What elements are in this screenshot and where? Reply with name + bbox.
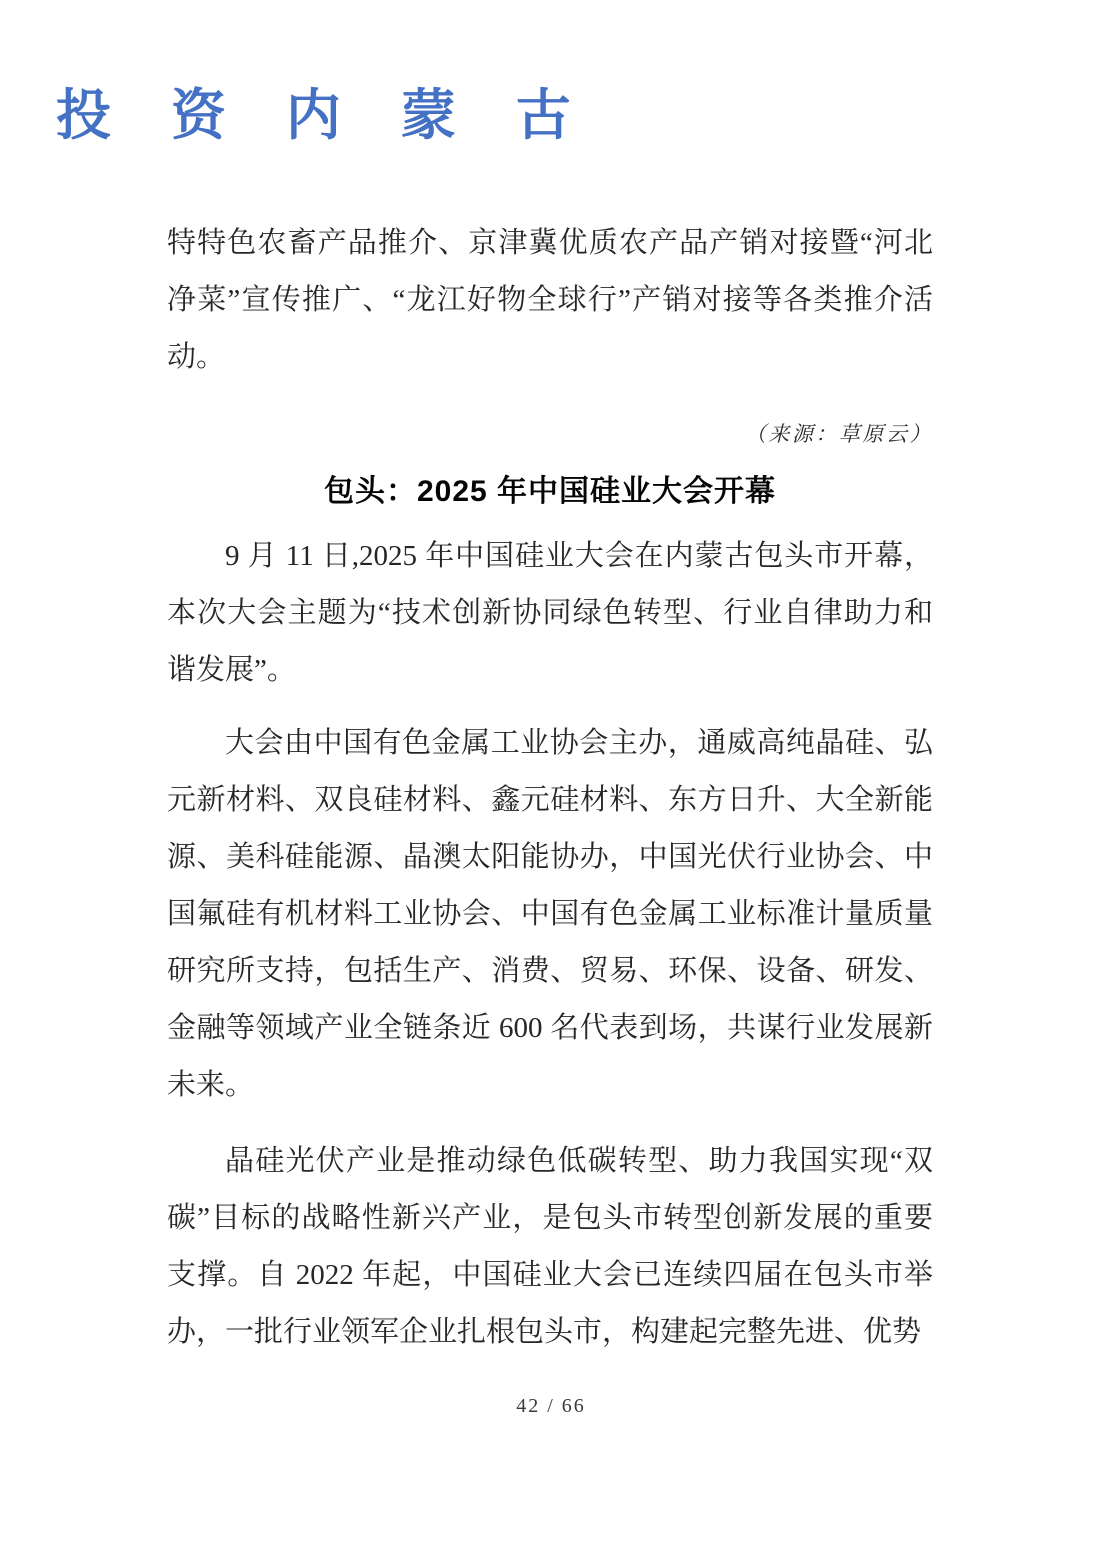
page-title: 投 资 内 蒙 古 [56,86,594,147]
source-attribution: （来源：草原云） [167,406,933,463]
paragraph: 晶硅光伏产业是推动绿色低碳转型、助力我国实现“双碳”目标的战略性新兴产业，是包头… [167,1133,933,1361]
paragraph: 9 月 11 日,2025 年中国硅业大会在内蒙古包头市开幕，本次大会主题为“技… [167,528,933,699]
paragraph: 大会由中国有色金属工业协会主办，通威高纯晶硅、弘元新材料、双良硅材料、鑫元硅材料… [167,715,933,1114]
article-body: 特特色农畜产品推介、京津冀优质农产品产销对接暨“河北净菜”宣传推广、“龙江好物全… [167,215,933,1361]
document-page: 投 资 内 蒙 古 特特色农畜产品推介、京津冀优质农产品产销对接暨“河北净菜”宣… [0,0,1102,1559]
page-number: 42 / 66 [0,1392,1102,1420]
continuation-paragraph: 特特色农畜产品推介、京津冀优质农产品产销对接暨“河北净菜”宣传推广、“龙江好物全… [167,215,933,386]
article-headline: 包头：2025 年中国硅业大会开幕 [167,463,933,520]
